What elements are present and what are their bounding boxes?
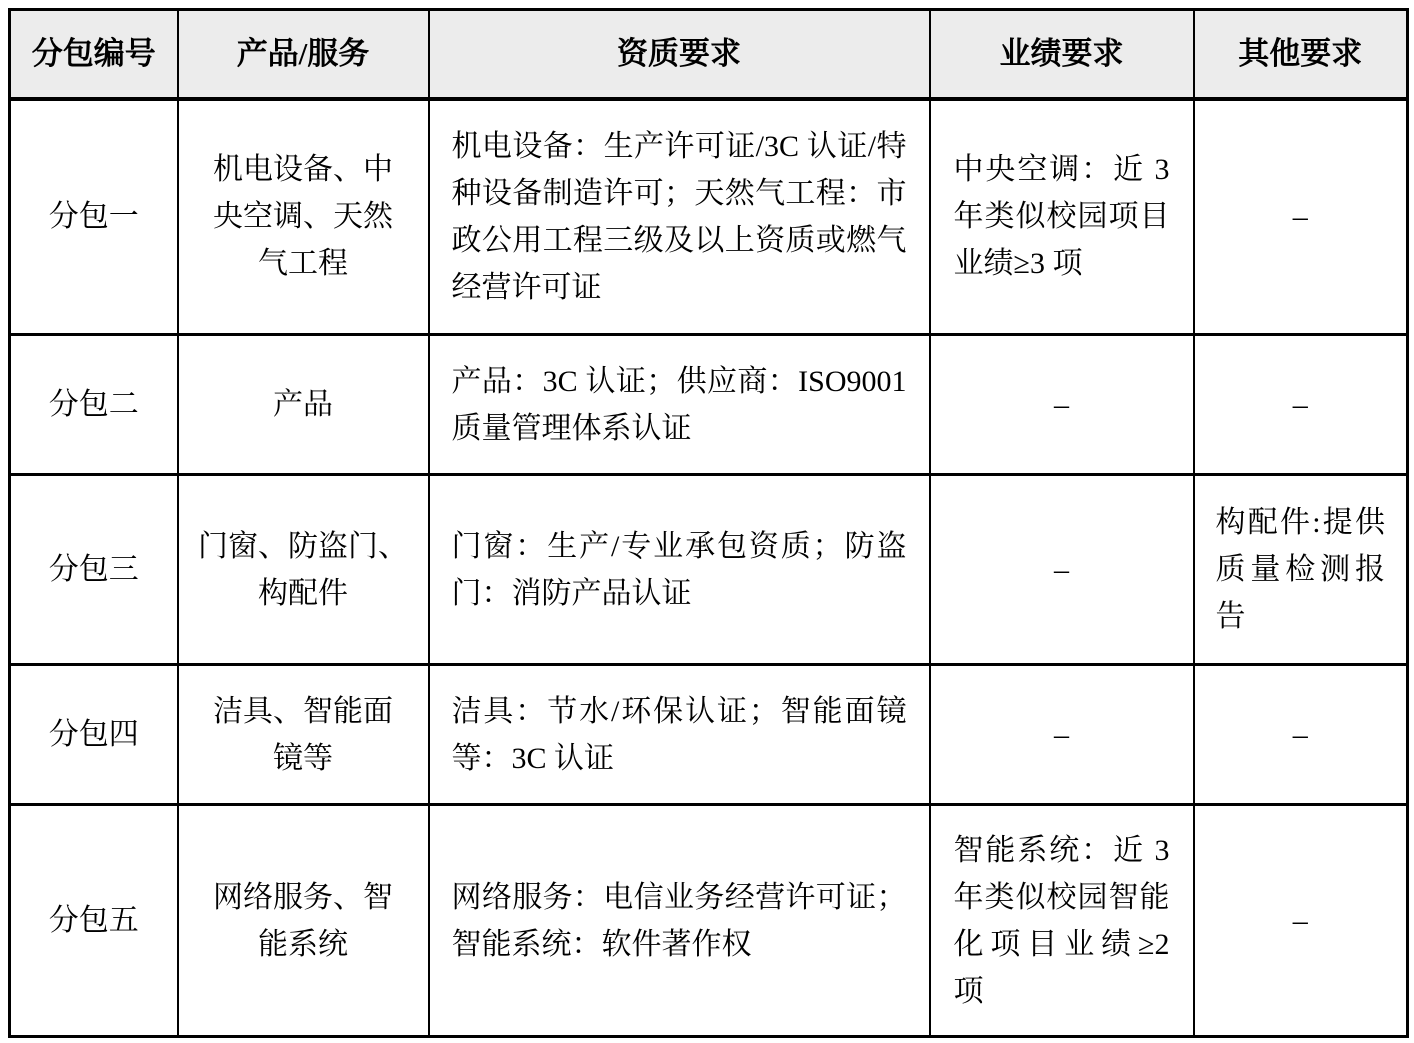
header-other-requirements: 其他要求 (1194, 10, 1408, 99)
cell-r1-qualification: 机电设备：生产许可证/3C 认证/特种设备制造许可；天然气工程：市政公用工程三级… (429, 99, 930, 335)
cell-r2-other: – (1194, 335, 1408, 475)
cell-r4-other: – (1194, 665, 1408, 805)
cell-r2-product: 产品 (178, 335, 429, 475)
table-row: 分包一 机电设备、中央空调、天然气工程 机电设备：生产许可证/3C 认证/特种设… (10, 99, 1408, 335)
header-performance-requirements: 业绩要求 (930, 10, 1194, 99)
header-row: 分包编号 产品/服务 资质要求 业绩要求 其他要求 (10, 10, 1408, 99)
cell-r3-qualification: 门窗：生产/专业承包资质；防盗门：消防产品认证 (429, 475, 930, 665)
table-row: 分包五 网络服务、智能系统 网络服务：电信业务经营许可证；智能系统：软件著作权 … (10, 805, 1408, 1037)
cell-r3-performance: – (930, 475, 1194, 665)
cell-r5-qualification: 网络服务：电信业务经营许可证；智能系统：软件著作权 (429, 805, 930, 1037)
cell-r5-other: – (1194, 805, 1408, 1037)
cell-r1-performance: 中央空调：近 3 年类似校园项目业绩≥3 项 (930, 99, 1194, 335)
cell-r5-product: 网络服务、智能系统 (178, 805, 429, 1037)
cell-r5-performance: 智能系统：近 3 年类似校园智能化项目业绩≥2 项 (930, 805, 1194, 1037)
cell-r4-product: 洁具、智能面镜等 (178, 665, 429, 805)
cell-r3-product: 门窗、防盗门、构配件 (178, 475, 429, 665)
table-row: 分包四 洁具、智能面镜等 洁具：节水/环保认证；智能面镜等：3C 认证 – – (10, 665, 1408, 805)
cell-r3-other: 构配件:提供质量检测报告 (1194, 475, 1408, 665)
header-product-service: 产品/服务 (178, 10, 429, 99)
table-row: 分包三 门窗、防盗门、构配件 门窗：生产/专业承包资质；防盗门：消防产品认证 –… (10, 475, 1408, 665)
cell-r2-qualification: 产品：3C 认证；供应商：ISO9001 质量管理体系认证 (429, 335, 930, 475)
cell-r4-performance: – (930, 665, 1194, 805)
table-row: 分包二 产品 产品：3C 认证；供应商：ISO9001 质量管理体系认证 – – (10, 335, 1408, 475)
header-package-id: 分包编号 (10, 10, 178, 99)
cell-r1-other: – (1194, 99, 1408, 335)
cell-r2-package: 分包二 (10, 335, 178, 475)
cell-r3-package: 分包三 (10, 475, 178, 665)
header-qualification-requirements: 资质要求 (429, 10, 930, 99)
cell-r4-package: 分包四 (10, 665, 178, 805)
cell-r4-qualification: 洁具：节水/环保认证；智能面镜等：3C 认证 (429, 665, 930, 805)
cell-r1-product: 机电设备、中央空调、天然气工程 (178, 99, 429, 335)
cell-r1-package: 分包一 (10, 99, 178, 335)
subcontract-requirements-table: 分包编号 产品/服务 资质要求 业绩要求 其他要求 分包一 机电设备、中央空调、… (8, 8, 1409, 1038)
cell-r5-package: 分包五 (10, 805, 178, 1037)
cell-r2-performance: – (930, 335, 1194, 475)
